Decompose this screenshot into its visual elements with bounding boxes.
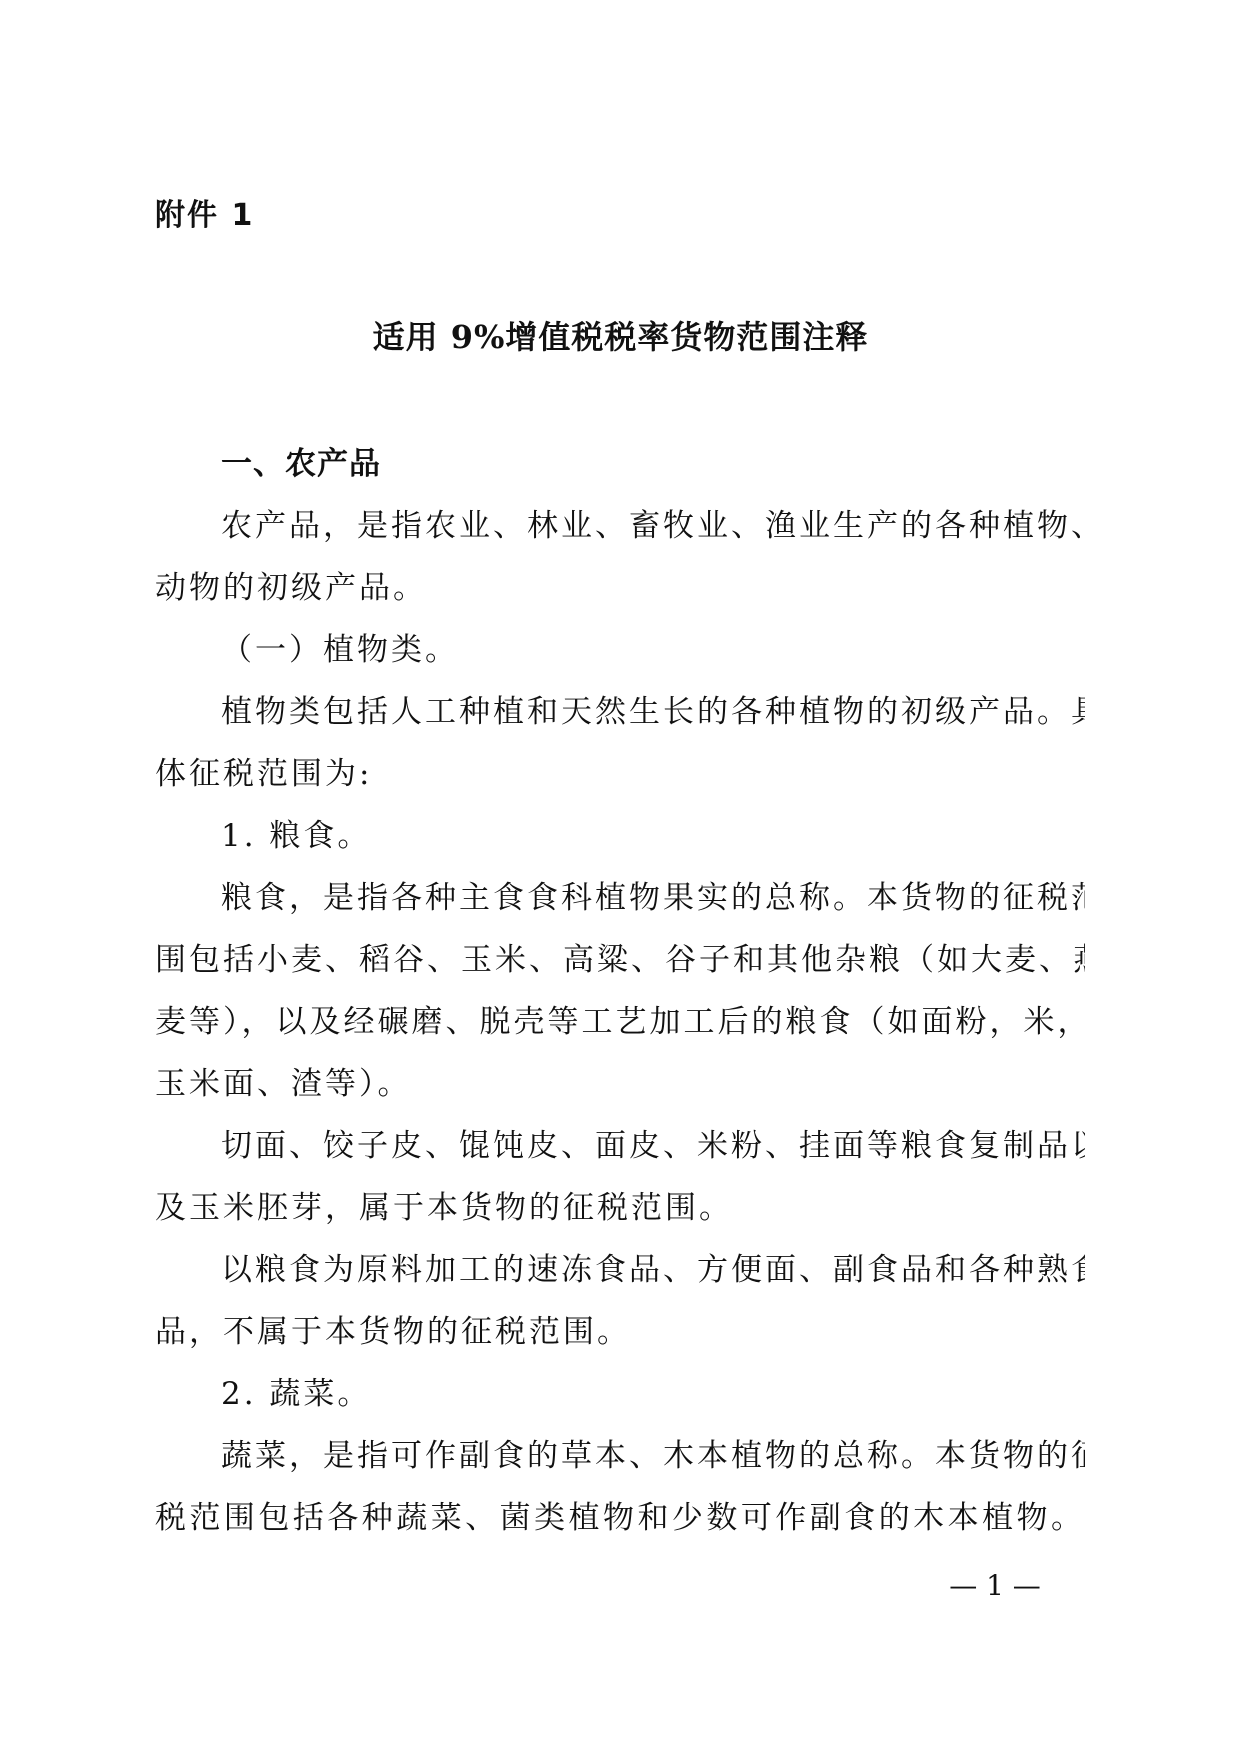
paragraph-line: 1. 粮食。 bbox=[155, 805, 1085, 867]
paragraph-line: 农产品，是指农业、林业、畜牧业、渔业生产的各种植物、 bbox=[155, 495, 1085, 557]
paragraph-line: 以粮食为原料加工的速冻食品、方便面、副食品和各种熟食 bbox=[155, 1239, 1085, 1301]
paragraph-line: 及玉米胚芽，属于本货物的征税范围。 bbox=[155, 1177, 1085, 1239]
document-body: 一、农产品农产品，是指农业、林业、畜牧业、渔业生产的各种植物、动物的初级产品。（… bbox=[155, 433, 1085, 1549]
paragraph-line: 切面、饺子皮、馄饨皮、面皮、米粉、挂面等粮食复制品以 bbox=[155, 1115, 1085, 1177]
document-title: 适用 9%增值税税率货物范围注释 bbox=[0, 312, 1241, 358]
paragraph-line: 品，不属于本货物的征税范围。 bbox=[155, 1301, 1085, 1363]
paragraph-line: 玉米面、渣等）。 bbox=[155, 1053, 1085, 1115]
paragraph-line: 围包括小麦、稻谷、玉米、高粱、谷子和其他杂粮（如大麦、燕 bbox=[155, 929, 1085, 991]
paragraph-line: 蔬菜，是指可作副食的草本、木本植物的总称。本货物的征 bbox=[155, 1425, 1085, 1487]
paragraph-line: 麦等），以及经碾磨、脱壳等工艺加工后的粮食（如面粉，米， bbox=[155, 991, 1085, 1053]
paragraph-line: （一）植物类。 bbox=[155, 619, 1085, 681]
document-page: 附件 1 适用 9%增值税税率货物范围注释 一、农产品农产品，是指农业、林业、畜… bbox=[0, 0, 1241, 1754]
page-number: — 1 — bbox=[930, 1570, 1060, 1602]
paragraph-line: 税范围包括各种蔬菜、菌类植物和少数可作副食的木本植物。 bbox=[155, 1487, 1085, 1549]
paragraph-line: 粮食，是指各种主食食科植物果实的总称。本货物的征税范 bbox=[155, 867, 1085, 929]
paragraph-line: 体征税范围为: bbox=[155, 743, 1085, 805]
attachment-label: 附件 1 bbox=[155, 190, 254, 234]
paragraph-line: 植物类包括人工种植和天然生长的各种植物的初级产品。具 bbox=[155, 681, 1085, 743]
paragraph-line: 2. 蔬菜。 bbox=[155, 1363, 1085, 1425]
section-heading: 一、农产品 bbox=[155, 433, 1085, 495]
paragraph-line: 动物的初级产品。 bbox=[155, 557, 1085, 619]
